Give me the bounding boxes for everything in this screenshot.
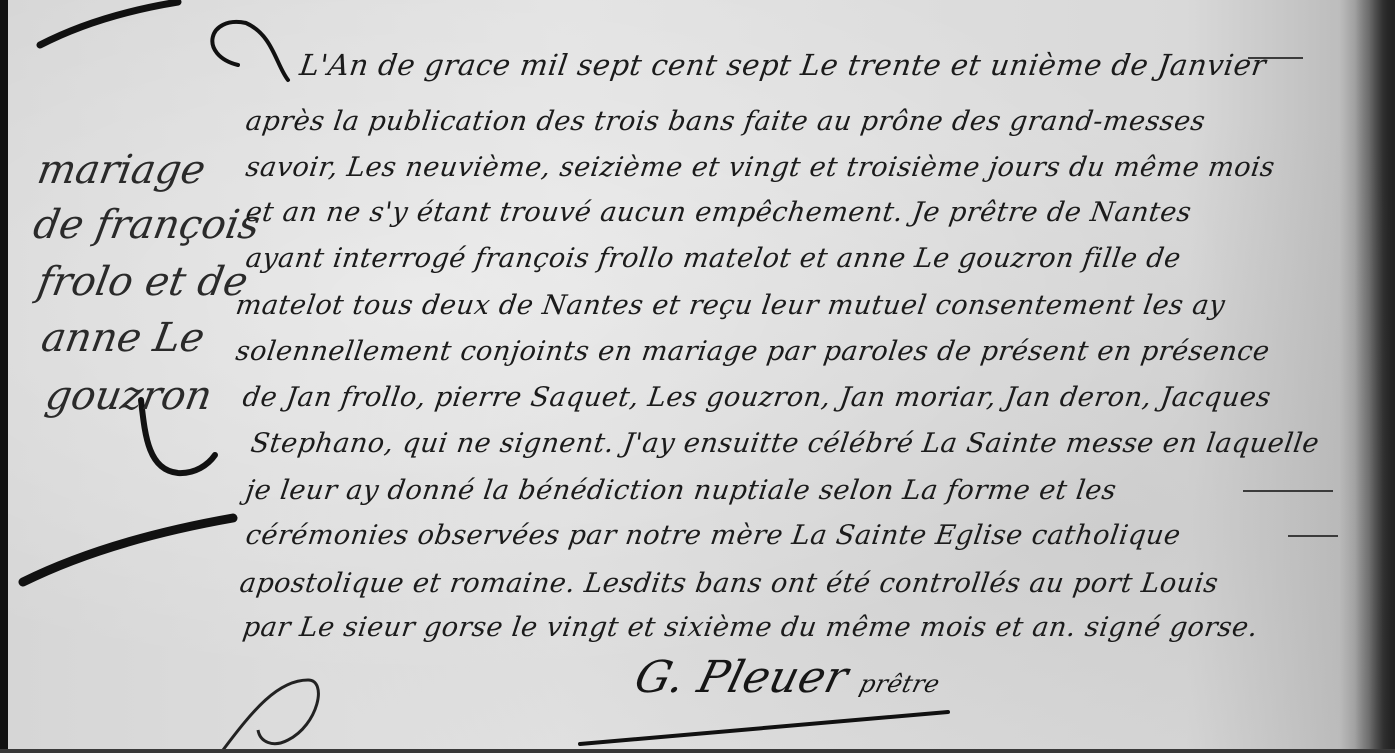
flourish-top-left-icon — [38, 0, 188, 50]
scan-bottom-border — [0, 749, 1395, 753]
margin-note-line-2: de françois — [30, 205, 262, 245]
signature-suffix: prêtre — [857, 670, 943, 698]
body-line-3: savoir, Les neuvième, seizième et vingt … — [244, 152, 1277, 183]
register-page: mariage de françois frolo et de anne Le … — [8, 0, 1395, 749]
page-binding-shadow — [1355, 0, 1395, 749]
body-line-13: par Le sieur gorse le vingt et sixième d… — [241, 612, 1260, 643]
flourish-left-mid-icon — [18, 510, 238, 590]
body-line-1: L'An de grace mil sept cent sept Le tren… — [298, 48, 1269, 82]
line-filler-rule — [1243, 490, 1333, 492]
priest-signature: G. Pleuer prêtre — [630, 652, 948, 703]
body-line-9: Stephano, qui ne signent. J'ay ensuitte … — [249, 428, 1321, 459]
line-filler-rule — [1288, 535, 1338, 537]
body-line-10: je leur ay donné la bénédiction nuptiale… — [244, 475, 1119, 506]
signature-underline-icon — [578, 700, 958, 749]
margin-note-line-4: anne Le — [38, 318, 207, 358]
signature-name: G. Pleuer — [630, 652, 854, 703]
body-line-6: matelot tous deux de Nantes et reçu leur… — [234, 290, 1227, 321]
margin-note-line-3: frolo et de — [34, 262, 250, 302]
body-line-12: apostolique et romaine. Lesdits bans ont… — [238, 568, 1221, 599]
body-line-4: et an ne s'y étant trouvé aucun empêchem… — [244, 197, 1194, 228]
body-line-8: de Jan frollo, pierre Saquet, Les gouzro… — [241, 382, 1273, 413]
body-line-2: après la publication des trois bans fait… — [244, 106, 1208, 137]
scan-left-border — [0, 0, 8, 753]
line-filler-rule — [1248, 57, 1303, 59]
body-line-5: ayant interrogé françois frollo matelot … — [244, 243, 1183, 274]
body-line-7: solennellement conjoints en mariage par … — [234, 336, 1272, 367]
margin-note-line-1: mariage — [34, 150, 208, 190]
flourish-bottom-loop-icon — [218, 670, 328, 749]
margin-note-line-5: gouzron — [42, 376, 215, 416]
body-line-11: cérémonies observées par notre mère La S… — [244, 520, 1183, 551]
flourish-bracket-top-icon — [198, 15, 298, 85]
